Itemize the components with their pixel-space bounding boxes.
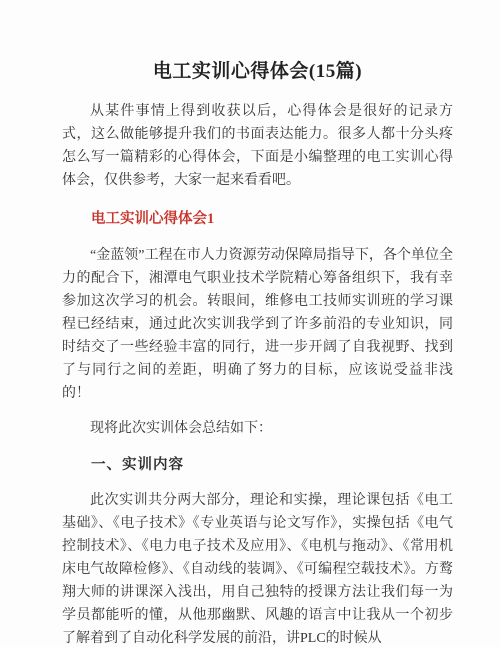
document-page: 电工实训心得体会(15篇) 从某件事情上得到收获以后，心得体会是很好的记录方式，… — [0, 0, 500, 647]
section1-heading: 电工实训心得体会1 — [62, 208, 453, 231]
section1-paragraph-3: 此次实训共分两大部分，理论和实操，理论课包括《电工基础》、《电子技术》《专业英语… — [62, 489, 453, 647]
section1-subheading: 一、实训内容 — [62, 454, 453, 477]
section1-paragraph-1: “金蓝领”工程在市人力资源劳动保障局指导下，各个单位全力的配合下，湘潭电气职业技… — [62, 244, 453, 405]
document-title: 电工实训心得体会(15篇) — [62, 56, 453, 83]
section1-paragraph-2: 现将此次实训体会总结如下： — [62, 417, 453, 440]
intro-paragraph: 从某件事情上得到收获以后，心得体会是很好的记录方式，这么做能够提升我们的书面表达… — [62, 100, 453, 192]
